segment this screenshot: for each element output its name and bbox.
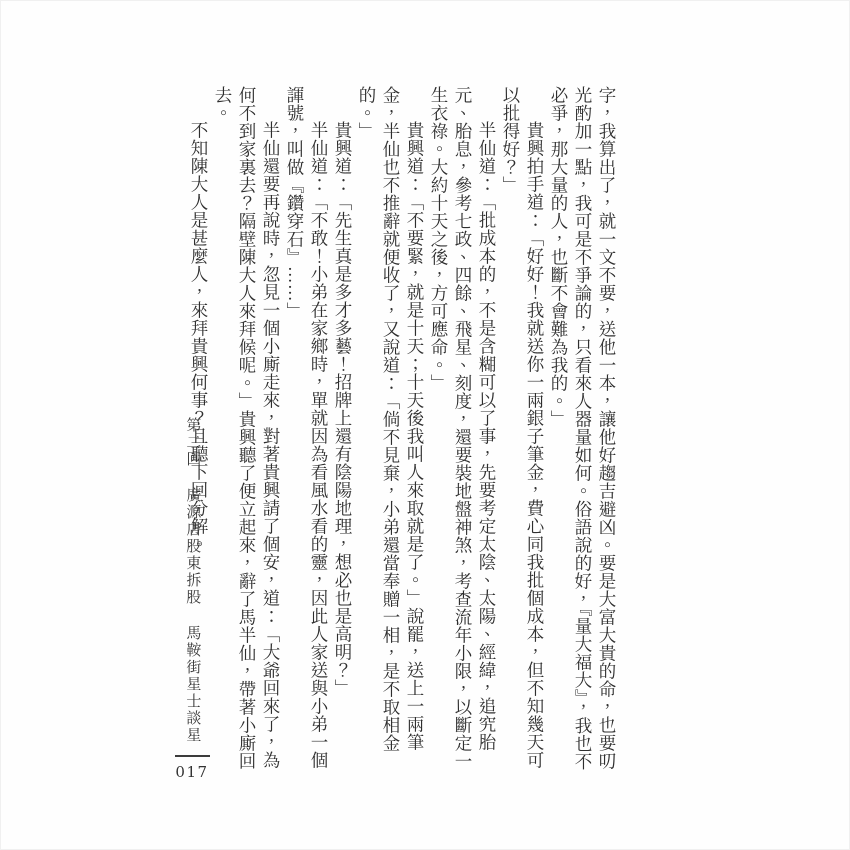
paragraph: 字，我算出了，就一文不要，送他一本，讓他好趨吉避凶。要是大富大貴的命，也要叨光酌… [547,86,619,776]
paragraph: 半仙還要再說時，忽見一個小廝走來，對著貴興請了個安，道：「大爺回來了，為何不到家… [211,86,283,776]
paragraph: 貴興道：「先生真是多才多藝！招牌上還有陰陽地理，想必也是高明？」 [331,86,355,776]
paragraph: 半仙道：「批成本的，不是含糊可以了事，先要考定太陰、太陽、經緯，追究胎元、胎息，… [427,86,499,776]
chapter-heading: 第二回 廣源店股東拆股 馬鞍街星士談星 [183,417,202,744]
paragraph: 半仙道：「不敢！小弟在家鄉時，單就因為看風水看的靈，因此人家送與小弟一個諢號，叫… [283,86,331,776]
paragraph: 貴興道：「不要緊，就是十天；十天後我叫人來取就是了。」說罷，送上一兩筆金，半仙也… [355,86,427,776]
paragraph: 貴興拍手道：「好好！我就送你一兩銀子筆金，費心同我批個成本，但不知幾天可以批得好… [499,86,547,776]
chapter-title-first: 廣源店股東拆股 [184,487,200,606]
folio-rule [175,755,210,757]
folio-column: 第二回 廣源店股東拆股 馬鞍街星士談星 017 [169,417,215,781]
body-text-block: 字，我算出了，就一文不要，送他一本，讓他好趨吉避凶。要是大富大貴的命，也要叨光酌… [187,86,619,776]
chapter-number: 第二回 [184,417,200,468]
scanned-book-page: 字，我算出了，就一文不要，送他一本，讓他好趨吉避凶。要是大富大貴的命，也要叨光酌… [0,0,850,850]
page-number: 017 [175,763,208,781]
chapter-title-second: 馬鞍街星士談星 [184,625,200,744]
